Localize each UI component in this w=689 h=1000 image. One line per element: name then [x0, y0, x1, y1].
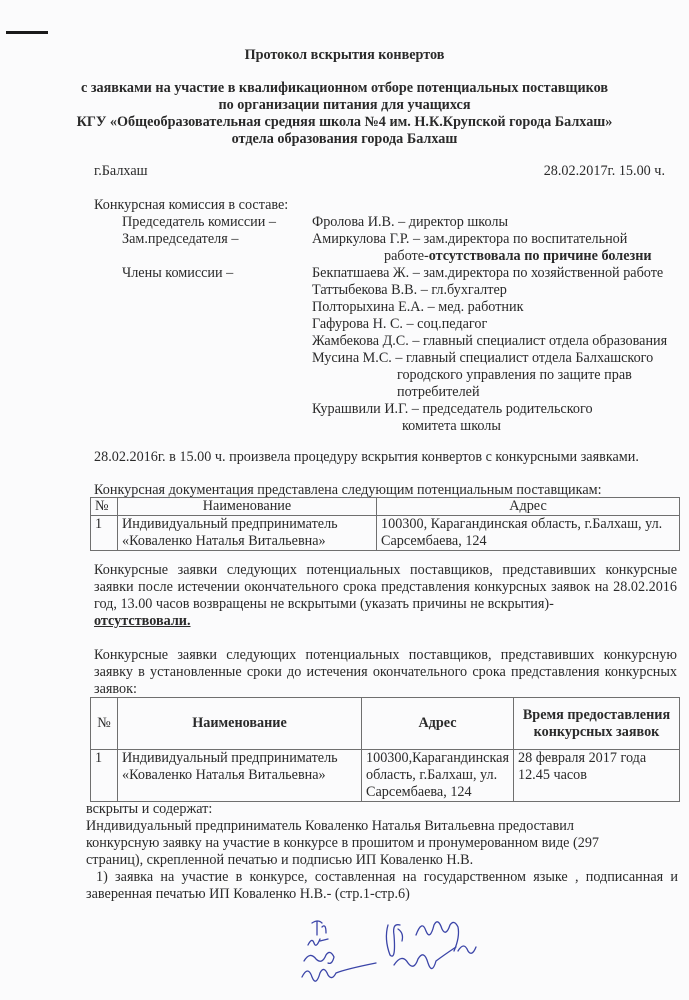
place: г.Балхаш	[94, 163, 148, 180]
cell-name: Индивидуальный предприниматель «Коваленк…	[118, 516, 377, 551]
header-number: №	[91, 698, 118, 750]
member: Гафурова Н. С. – соц.педагог	[312, 316, 487, 333]
header-name: Наименование	[118, 698, 362, 750]
member: Жамбекова Д.С. – главный специалист отде…	[312, 333, 667, 350]
member: Бекпатшаева Ж. – зам.директора по хозяйс…	[312, 265, 663, 282]
contents-line: Индивидуальный предприниматель Коваленко…	[86, 818, 574, 835]
member-cont: городского управления по защите прав	[397, 367, 632, 384]
member-cont: комитета школы	[402, 418, 501, 435]
deputy: Амиркулова Г.Р. – зам.директора по воспи…	[312, 231, 627, 248]
document-page: Протокол вскрытия конвертов с заявками н…	[0, 0, 689, 1000]
late-bids-result: отсутствовали.	[94, 613, 191, 630]
deputy-role: Зам.председателя –	[122, 231, 238, 248]
table-header-row: № Наименование Адрес Время предоставлени…	[91, 698, 680, 750]
member: Курашвили И.Г. – председатель родительск…	[312, 401, 593, 418]
member: Полторыхина Е.А. – мед. работник	[312, 299, 523, 316]
header-submission-time: Время предоставления конкурсных заявок	[513, 698, 679, 750]
header-name: Наименование	[118, 498, 377, 516]
contents-line: конкурсную заявку на участие в конкурсе …	[86, 835, 599, 852]
cell-name: Индивидуальный предприниматель «Коваленк…	[118, 750, 362, 802]
header-number: №	[91, 498, 118, 516]
chair-role: Председатель комиссии –	[122, 214, 276, 231]
header-address: Адрес	[377, 498, 680, 516]
member: Таттыбекова В.В. – гл.бухгалтер	[312, 282, 507, 299]
absence-reason: отсутствовала по причине болезни	[429, 248, 652, 264]
ontime-bids-text: Конкурсные заявки следующих потенциальны…	[94, 647, 677, 698]
table-row: 1 Индивидуальный предприниматель «Ковале…	[91, 750, 680, 802]
subtitle-line-1: с заявками на участие в квалификационном…	[0, 80, 689, 97]
bids-table: № Наименование Адрес Время предоставлени…	[90, 697, 680, 802]
opening-statement: 28.02.2016г. в 15.00 ч. произвела процед…	[94, 449, 639, 466]
document-title: Протокол вскрытия конвертов	[0, 47, 689, 64]
deputy-continuation: работе-	[384, 248, 429, 264]
subtitle-line-4: отдела образования города Балхаш	[0, 131, 689, 148]
table-header-row: № Наименование Адрес	[91, 498, 680, 516]
cell-number: 1	[91, 516, 118, 551]
members-role: Члены комиссии –	[122, 265, 233, 282]
contents-intro: вскрыты и содержат:	[86, 801, 212, 818]
deputy-absence: работе-отсутствовала по причине болезни	[384, 248, 652, 265]
corner-mark	[6, 31, 48, 34]
cell-submission-time: 28 февраля 2017 года 12.45 часов	[513, 750, 679, 802]
cell-number: 1	[91, 750, 118, 802]
subtitle-line-3: КГУ «Общеобразовательная средняя школа №…	[0, 114, 689, 131]
signatures-icon	[290, 915, 550, 995]
member: Мусина М.С. – главный специалист отдела …	[312, 350, 653, 367]
header-address: Адрес	[362, 698, 514, 750]
contents-item-1: 1) заявка на участие в конкурсе, составл…	[86, 869, 678, 903]
docs-table: № Наименование Адрес 1 Индивидуальный пр…	[90, 497, 680, 551]
member-cont: потребителей	[397, 384, 480, 401]
late-bids-text: Конкурсные заявки следующих потенциальны…	[94, 562, 677, 613]
subtitle-line-2: по организации питания для учащихся	[0, 97, 689, 114]
cell-address: 100300, Карагандинская область, г.Балхаш…	[377, 516, 680, 551]
datetime: 28.02.2017г. 15.00 ч.	[544, 163, 665, 180]
cell-address: 100300,Карагандинская область, г.Балхаш,…	[362, 750, 514, 802]
chair: Фролова И.В. – директор школы	[312, 214, 508, 231]
table-row: 1 Индивидуальный предприниматель «Ковале…	[91, 516, 680, 551]
contents-line: страниц), скрепленной печатью и подписью…	[86, 852, 473, 869]
commission-intro: Конкурсная комиссия в составе:	[94, 197, 288, 214]
